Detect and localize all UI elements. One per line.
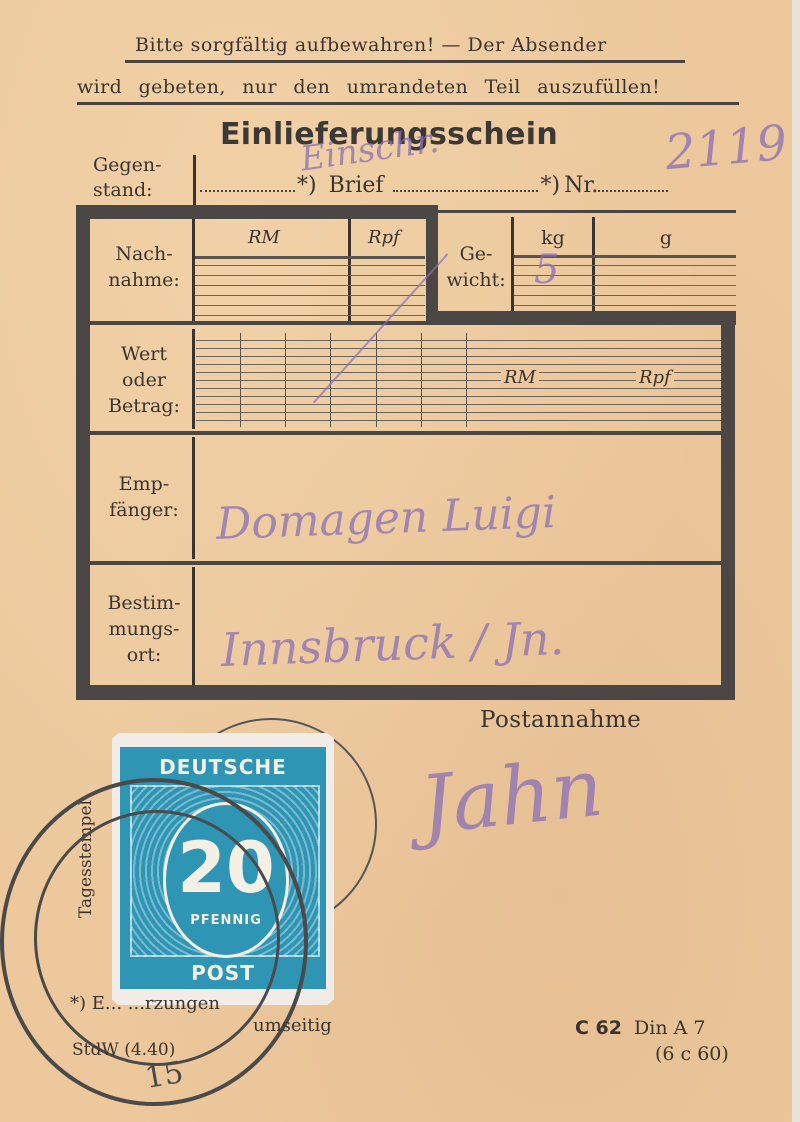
gegenstand-dotted-field[interactable]	[200, 172, 295, 192]
printer-code: StdW (4.40)	[72, 1040, 175, 1060]
postannahme-label: Postannahme	[480, 707, 641, 733]
wert-divider	[192, 329, 195, 429]
frame-left	[76, 205, 90, 700]
nachnahme-ruled-line	[195, 275, 425, 276]
empfaenger-label-line1: Emp-	[96, 471, 192, 497]
frame-top-left	[76, 205, 436, 219]
gegenstand-type: Brief	[329, 173, 384, 198]
wert-digit-divider	[330, 333, 331, 427]
gegenstand-label-line1: Gegen-	[93, 153, 162, 178]
wert-label-line1: Wert	[96, 341, 192, 367]
form-subcode: (6 c 60)	[655, 1043, 729, 1065]
handwritten-number: 2119	[663, 115, 790, 181]
row-divider	[90, 321, 430, 325]
gegenstand-label-line2: stand:	[93, 178, 162, 203]
nachnahme-divider	[192, 219, 195, 323]
wert-label-line2: oder	[96, 367, 192, 393]
wert-digit-divider	[466, 333, 467, 427]
gegenstand-label: Gegen- stand:	[93, 153, 162, 203]
nachnahme-col-divider	[348, 219, 351, 323]
instruction-line-2: wird gebeten, nur den umrandeten Teil au…	[77, 76, 660, 98]
bestimmungsort-label: Bestim- mungs- ort:	[94, 590, 194, 668]
bordered-form-frame: Nach- nahme: RM Rpf Ge- wicht: kg g 5 We…	[76, 205, 736, 700]
footnote-line-2: umseitig	[253, 1015, 332, 1036]
wert-digit-divider	[285, 333, 286, 427]
form-code: C 62 Din A 7	[575, 1017, 705, 1039]
wert-unit-rm: RM	[501, 367, 539, 388]
wert-digit-divider	[421, 333, 422, 427]
nachnahme-ruled-line	[195, 305, 425, 306]
gewicht-label-line2: wicht:	[440, 267, 512, 293]
gewicht-top-rule	[436, 210, 736, 213]
gegenstand-field-row[interactable]: *) Brief *) Nr.	[200, 172, 740, 198]
instruction-line-1: Bitte sorgfältig aufbewahren! — Der Abse…	[135, 34, 607, 56]
row-divider	[90, 431, 721, 435]
nachnahme-header-rule[interactable]	[195, 256, 425, 259]
number-dotted-field[interactable]	[598, 172, 668, 192]
nachnahme-col-rpf: Rpf	[368, 227, 400, 248]
postmark-date-fragment: 15	[142, 1055, 186, 1096]
bestimmungsort-label-line2: mungs-	[94, 616, 194, 642]
wert-label: Wert oder Betrag:	[96, 341, 192, 419]
gewicht-ruled-line	[514, 295, 736, 296]
clerk-signature: Jahn	[416, 741, 608, 853]
gewicht-col-divider	[592, 217, 595, 311]
frame-gewicht-bottom	[426, 311, 736, 325]
frame-right	[721, 325, 735, 700]
form-code-number: C 62	[575, 1017, 622, 1039]
wert-digit-divider	[240, 333, 241, 427]
number-label: Nr.	[564, 173, 598, 198]
nachnahme-label-line1: Nach-	[96, 241, 192, 267]
footnote-marker: *)	[540, 173, 560, 198]
gewicht-ruled-line	[514, 305, 736, 306]
wert-unit-rpf: Rpf	[636, 367, 674, 388]
nachnahme-ruled-line	[195, 295, 425, 296]
empfaenger-label: Emp- fänger:	[96, 471, 192, 523]
empfaenger-divider	[192, 437, 195, 559]
bestimmungsort-label-line3: ort:	[94, 642, 194, 668]
wert-label-line3: Betrag:	[96, 393, 192, 419]
empfaenger-label-line2: fänger:	[96, 497, 192, 523]
nachnahme-ruled-line	[195, 285, 425, 286]
nachnahme-ruled-line	[195, 265, 425, 266]
form-code-din: Din A 7	[634, 1017, 705, 1039]
handwritten-weight: 5	[534, 247, 559, 293]
gewicht-label: Ge- wicht:	[440, 241, 512, 293]
header-rule-2	[77, 102, 739, 105]
nachnahme-label-line2: nahme:	[96, 267, 192, 293]
frame-bottom	[76, 685, 735, 700]
postmark-inner-ring	[34, 810, 280, 1066]
gewicht-col-g: g	[596, 225, 736, 251]
paper-edge	[792, 0, 800, 1122]
gegenstand-bar	[193, 155, 196, 207]
gewicht-label-line1: Ge-	[440, 241, 512, 267]
nachnahme-label: Nach- nahme:	[96, 241, 192, 293]
bestimmungsort-divider	[192, 567, 195, 685]
brief-dotted-field[interactable]	[393, 172, 538, 192]
stamp-country: DEUTSCHE	[120, 755, 326, 779]
header-rule-1	[125, 60, 685, 63]
nachnahme-col-rm: RM	[248, 227, 280, 248]
wert-digit-divider	[376, 333, 377, 427]
footnote-line-1: *) E... ...rzungen	[70, 993, 220, 1014]
row-divider	[90, 561, 721, 565]
bestimmungsort-label-line1: Bestim-	[94, 590, 194, 616]
wert-amount-grid[interactable]: RM Rpf	[196, 333, 721, 427]
